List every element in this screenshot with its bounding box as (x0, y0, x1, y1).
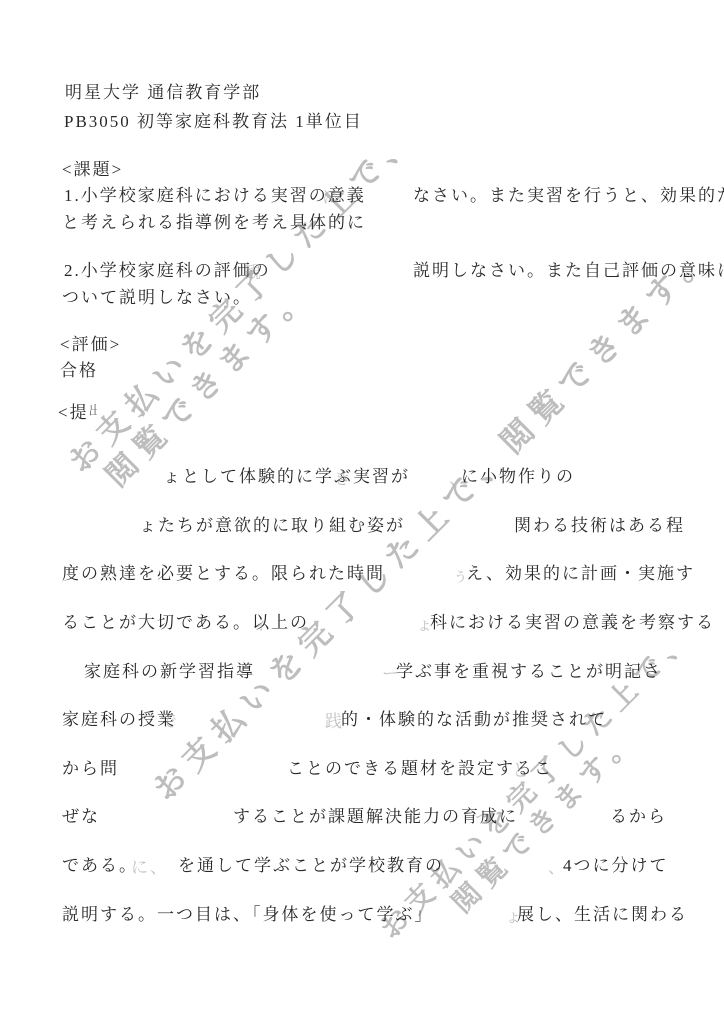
evaluation-result: 合格 (60, 362, 98, 379)
body-text-fragment: である。 (62, 857, 138, 874)
assignment-text-fragment: 2.小学校家庭科の評価の (64, 262, 271, 279)
body-text-fragment: 度の熟達を必要とする。限られた時間 (62, 565, 385, 582)
body-text-fragment: え、効果的に計画・実施す (466, 565, 695, 582)
body-text-fragment: 的・体験的な活動が推奨されて (341, 711, 607, 728)
body-text-fragment: 4つに分けて (563, 857, 669, 874)
watermark-text: 閲覧できます。 (100, 275, 317, 492)
evaluation-section-label: <評価> (60, 336, 121, 353)
course-code-title: PB3050 初等家庭科教育法 1単位目 (64, 113, 363, 130)
submission-label-text: <提 (58, 403, 89, 422)
body-text-fragment: ょたちが意欲的に取り組む姿が (139, 517, 405, 534)
body-text-fragment: つ (475, 810, 494, 827)
body-text-fragment: ょとして体験的に学ぶ実習が (163, 468, 410, 485)
body-text-fragment: き (334, 470, 353, 487)
body-text-fragment: から問 (62, 760, 119, 777)
assignment-text-fragment: ついて説明しなさい。 (62, 289, 252, 306)
university-name: 明星大学 通信教育学部 (65, 84, 261, 101)
body-text-fragment: 科における実習の意義を考察する (430, 614, 715, 631)
body-text-fragment: を通して学ぶことが学校教育の (178, 857, 444, 874)
body-text-fragment: ぜな (62, 808, 100, 825)
body-text-fragment: と (512, 762, 531, 779)
submission-section-label-partial: <提出 (58, 404, 97, 421)
assignment-section-label: <課題> (62, 161, 123, 178)
assignment-text-fragment: 観 (244, 264, 263, 281)
body-text-fragment: 関わる技術はある程 (514, 517, 685, 534)
assignment-text-fragment: なさい。また実習を行うと、効果的だ (413, 187, 724, 204)
body-text-fragment: 家庭科の新学習指導 (84, 663, 255, 680)
body-text-fragment: 展し、生活に関わる (517, 906, 688, 923)
assignment-text-fragment: 説明しなさい。また自己評価の意味に (413, 262, 724, 279)
body-text-fragment: で (160, 713, 179, 730)
body-text-fragment: るから (610, 808, 667, 825)
body-text-fragment: 家庭科の授業 (62, 711, 176, 728)
body-text-fragment: 学ぶ事を重視することが明記さ (396, 663, 662, 680)
body-text-fragment: 説明する。一つ目は、「身体を使って学ぶ」 (62, 906, 434, 923)
document-page: お支払いを完了した上で、閲覧できます。お支払いを完了した上で、閲覧できます。お支… (0, 0, 724, 1024)
body-text-fragment: ることが大切である。以上の (62, 614, 309, 631)
assignment-text-fragment: に (322, 189, 341, 206)
assignment-text-fragment: と考えられる指導例を考え具体的に (62, 214, 366, 231)
body-text-fragment: に、 (131, 859, 169, 876)
submission-label-clipped-char: 出 (89, 404, 97, 417)
body-text-fragment: に小物作りの (461, 468, 575, 485)
body-text-fragment: ィ (252, 616, 271, 633)
assignment-text-fragment: 1.小学校家庭科における実習の意義 (64, 187, 366, 204)
